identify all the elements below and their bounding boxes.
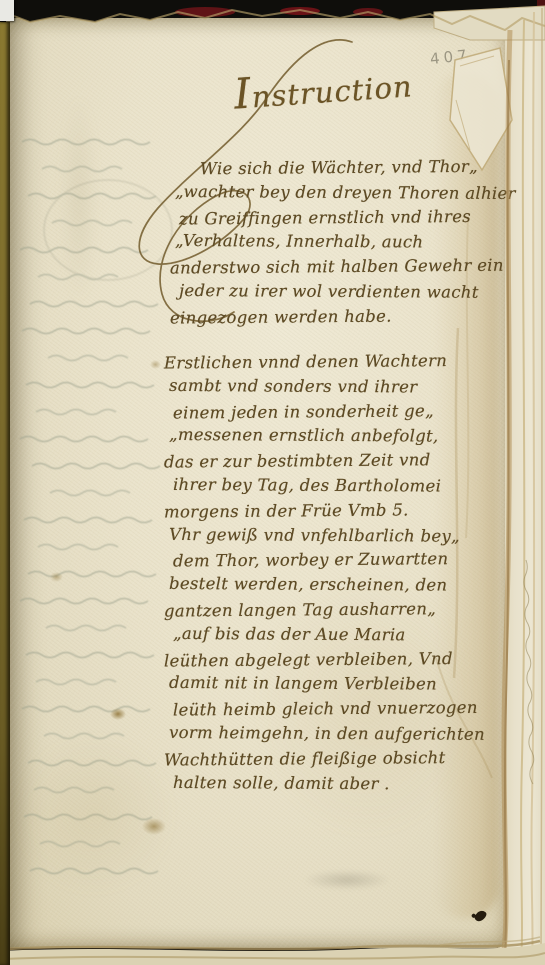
text-line: Wachthütten die fleißige obsicht <box>164 745 520 773</box>
paragraph: Wie sich die Wächter, vnd Thor„„wachter … <box>170 156 522 330</box>
text-line: sambt vnd sonders vnd ihrer <box>169 374 520 401</box>
text-line: jeder zu irer wol verdienten wacht <box>179 279 522 306</box>
stain <box>62 94 96 304</box>
text-line: leüthen abgelegt verbleiben, Vnd <box>164 646 520 674</box>
text-line: anderstwo sich mit halben Gewehr ein <box>170 254 522 282</box>
stain <box>50 572 63 582</box>
text-line: „wachter bey den dreyen Thoren alhier <box>175 180 522 207</box>
text-line: zu Greiffingen ernstlich vnd ihres <box>179 204 522 232</box>
corner-patch <box>0 0 14 21</box>
ink-blot <box>473 909 487 924</box>
ink-stain-spot <box>142 818 166 835</box>
paragraph: Erstlichen vnnd denen Wachternsambt vnd … <box>164 350 520 796</box>
text-line: einem jeden in sonderheit ge„ <box>173 398 520 426</box>
text-line: morgens in der Früe Vmb 5. <box>164 497 520 525</box>
text-line: das er zur bestimbten Zeit vnd <box>164 448 520 476</box>
page-number: 407 <box>429 46 471 68</box>
stain <box>150 360 161 369</box>
stain <box>14 734 174 894</box>
text-line: damit nit in langem Verbleiben <box>169 671 520 698</box>
manuscript-page: 407 Instruction Wie sich die Wächter, vn… <box>6 18 505 948</box>
text-line: halten solle, damit aber . <box>173 770 520 797</box>
text-line: Erstlichen vnnd denen Wachtern <box>164 348 520 376</box>
headband-red <box>175 7 235 17</box>
manuscript-scan: 407 Instruction Wie sich die Wächter, vn… <box>0 0 545 965</box>
text-line: leüth heimb gleich vnd vnuerzogen <box>173 696 520 724</box>
text-line: gantzen langen Tag ausharren„ <box>164 596 520 624</box>
text-line: eingezogen werden habe. <box>170 303 522 331</box>
text-line: „messenen ernstlich anbefolgt, <box>169 423 520 450</box>
text-line: ihrer bey Tag, des Bartholomei <box>173 473 520 500</box>
ink-stain-spot <box>110 708 126 720</box>
text-line: Wie sich die Wächter, vnd Thor„ <box>170 154 522 182</box>
page-title: Instruction <box>233 66 455 115</box>
text-line: bestelt werden, erscheinen, den <box>169 572 520 599</box>
text-line: „auf bis das der Aue Maria <box>173 622 520 649</box>
smudge <box>304 870 390 890</box>
text-line: vorm heimgehn, in den aufgerichten <box>169 721 520 748</box>
text-line: „Verhaltens, Innerhalb, auch <box>175 229 522 256</box>
text-line: dem Thor, worbey er Zuwartten <box>173 547 520 575</box>
binding-strip <box>0 22 10 965</box>
text-line: Vhr gewiß vnd vnfehlbarlich bey„ <box>169 523 520 550</box>
